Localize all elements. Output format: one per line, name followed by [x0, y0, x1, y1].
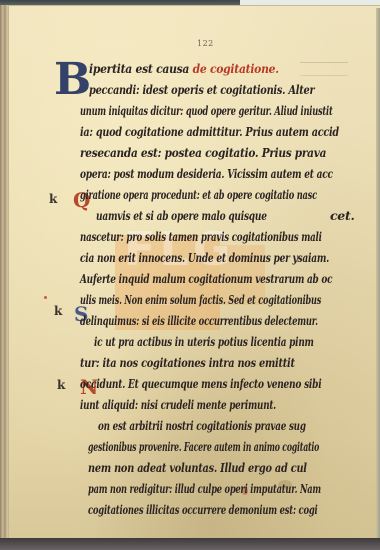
text-line: gestionibus provenire. Facere autem in a… [88, 436, 319, 457]
folio-number: 122 [197, 39, 214, 48]
text-line: nem non adeat voluntas. Illud ergo ad cu… [88, 457, 307, 478]
line-text: ipertita est causa [89, 61, 189, 76]
text-line: giratione opera procedunt: et ab opere c… [80, 184, 317, 205]
text-line: ulis meis. Non enim solum factis. Sed et… [80, 289, 321, 310]
text-line: nascetur: pro solis tamen pravis cogitat… [80, 226, 322, 247]
text-line: ic ut pra actibus in uteris potius licen… [94, 331, 314, 352]
text-line: tur: ita nos cogitationes intra nos emit… [80, 352, 295, 373]
binding-gutter [0, 5, 9, 542]
text-line: uamvis et si ab opere malo quisque [96, 205, 267, 226]
text-line-tail: cet. [330, 205, 355, 226]
text-line: delinquimus: si eis illicite occurrentib… [80, 310, 318, 331]
marginal-mark: k [57, 378, 65, 392]
marginal-mark: k [49, 192, 57, 206]
text-line: peccandi: idest operis et cogitationis. … [89, 79, 314, 100]
text-line: opera: post modum desideria. Vicissim au… [80, 163, 333, 184]
text-line: cogitationes illicitas occurrere demoniu… [88, 499, 317, 520]
scan-bottom-shadow [0, 538, 380, 550]
text-line: cia non erit innocens. Unde et dominus p… [80, 247, 329, 268]
text-line: unum iniquitas dicitur: quod opere gerit… [80, 100, 333, 121]
ruling-lines [300, 62, 348, 76]
decorated-initial-b: B [54, 58, 91, 102]
page-right-edge [376, 8, 380, 542]
text-line: iunt aliquid: nisi crudeli mente perimun… [80, 394, 276, 415]
text-line: ia: quod cogitatione admittitur. Prius a… [80, 121, 339, 142]
rubric-heading: de cogitatione. [193, 61, 279, 76]
text-line: ipertita est causa de cogitatione. [89, 58, 279, 79]
marginal-mark: k [54, 304, 62, 318]
text-line: occidunt. Et quecumque mens infecto vene… [80, 373, 321, 394]
line-text: uamvis et si ab opere malo quisque [96, 208, 267, 223]
text-line: on est arbitrii nostri cogitationis prav… [98, 415, 306, 436]
text-line: resecanda est: postea cogitatio. Prius p… [80, 142, 326, 163]
text-line: pam non redigitur: illud culpe operi imp… [88, 478, 321, 499]
stain [44, 296, 47, 299]
text-line: Auferte inquid malum cogitationum vestra… [80, 268, 332, 289]
